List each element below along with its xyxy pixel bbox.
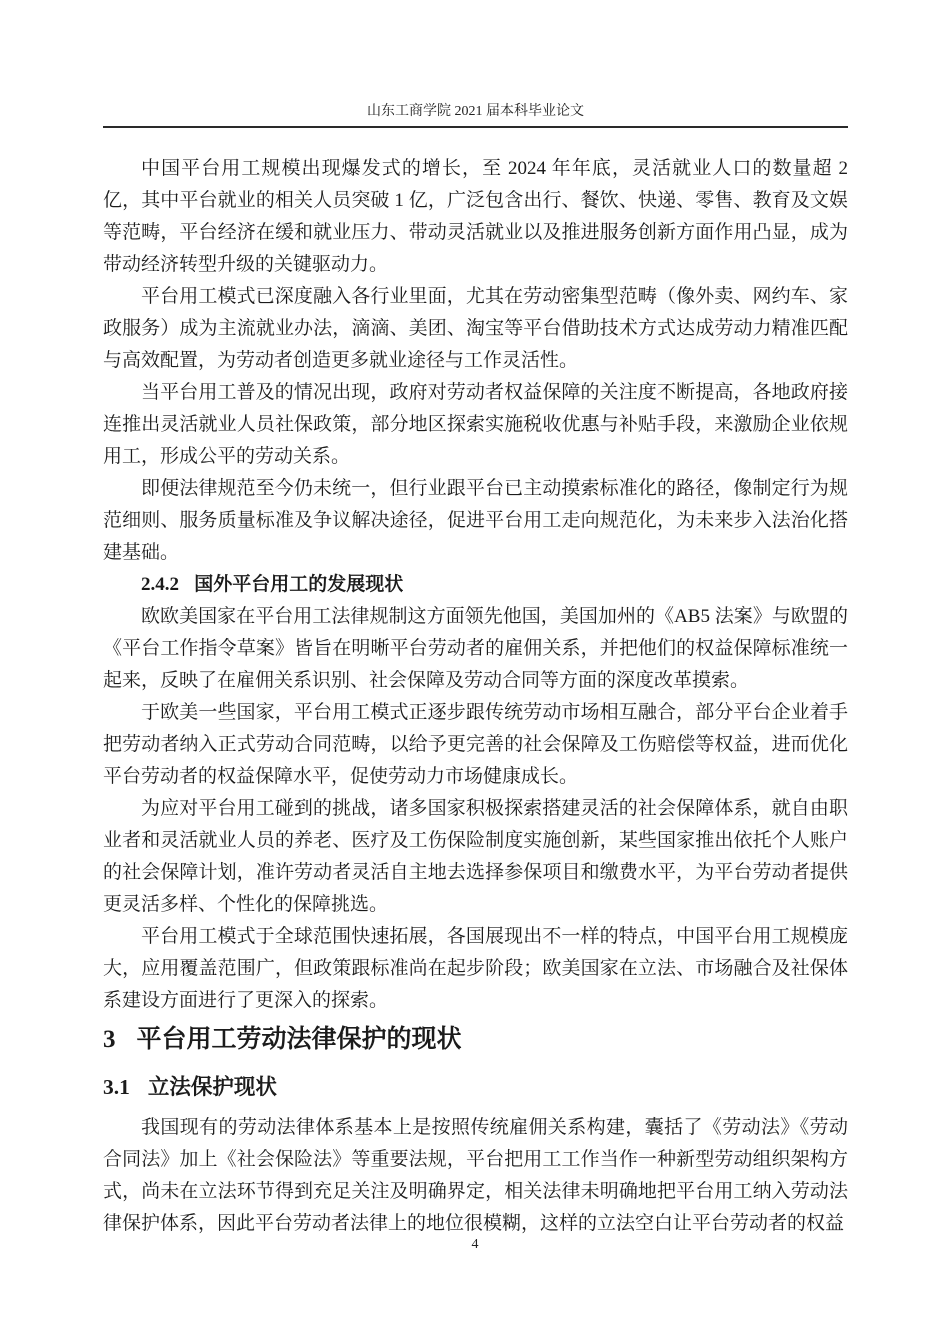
page-header: 山东工商学院 2021 届本科毕业论文 — [103, 101, 848, 128]
body-paragraph: 为应对平台用工碰到的挑战，诸多国家积极探索搭建灵活的社会保障体系，就自由职业者和… — [103, 793, 848, 921]
body-paragraph: 于欧美一些国家，平台用工模式正逐步跟传统劳动市场相互融合，部分平台企业着手把劳动… — [103, 697, 848, 793]
thesis-page: 山东工商学院 2021 届本科毕业论文 中国平台用工规模出现爆发式的增长，至 2… — [0, 0, 950, 1344]
header-divider — [103, 122, 848, 128]
page-number: 4 — [472, 1237, 479, 1252]
body-paragraph: 平台用工模式于全球范围快速拓展，各国展现出不一样的特点，中国平台用工规模庞大，应… — [103, 921, 848, 1017]
heading-title: 立法保护现状 — [148, 1075, 277, 1099]
section-heading-3-1: 3.1 立法保护现状 — [103, 1070, 848, 1104]
running-head: 山东工商学院 2021 届本科毕业论文 — [103, 101, 848, 122]
body-paragraph: 中国平台用工规模出现爆发式的增长，至 2024 年年底，灵活就业人口的数量超 2… — [103, 153, 848, 281]
body-paragraph: 我国现有的劳动法律体系基本上是按照传统雇佣关系构建，囊括了《劳动法》《劳动合同法… — [103, 1112, 848, 1240]
page-footer: 4 — [0, 1236, 950, 1254]
body-paragraph: 即便法律规范至今仍未统一，但行业跟平台已主动摸索标准化的路径，像制定行为规范细则… — [103, 473, 848, 569]
body-paragraph: 欧欧美国家在平台用工法律规制这方面领先他国，美国加州的《AB5 法案》与欧盟的《… — [103, 601, 848, 697]
body-paragraph: 当平台用工普及的情况出现，政府对劳动者权益保障的关注度不断提高，各地政府接连推出… — [103, 377, 848, 473]
heading-title: 国外平台用工的发展现状 — [194, 574, 403, 595]
document-body: 中国平台用工规模出现爆发式的增长，至 2024 年年底，灵活就业人口的数量超 2… — [103, 153, 848, 1240]
heading-title: 平台用工劳动法律保护的现状 — [136, 1025, 461, 1053]
subsection-heading-2-4-2: 2.4.2 国外平台用工的发展现状 — [103, 569, 848, 601]
heading-number: 3 — [103, 1026, 116, 1053]
body-paragraph: 平台用工模式已深度融入各行业里面，尤其在劳动密集型范畴（像外卖、网约车、家政服务… — [103, 281, 848, 377]
chapter-heading-3: 3 平台用工劳动法律保护的现状 — [103, 1021, 848, 1058]
heading-number: 2.4.2 — [141, 574, 179, 595]
heading-number: 3.1 — [103, 1075, 130, 1099]
